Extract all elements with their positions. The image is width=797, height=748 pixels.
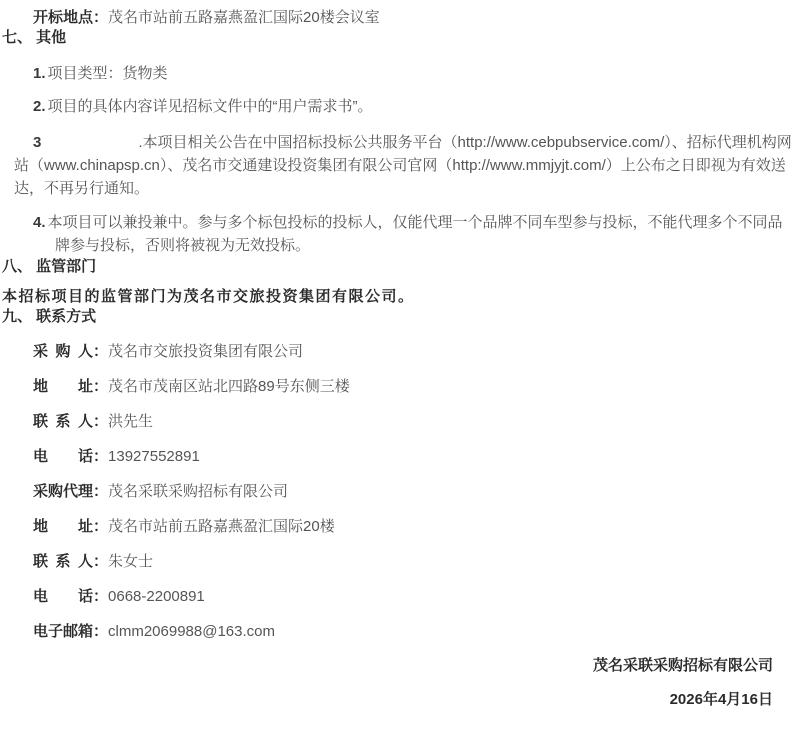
item-4-text: 本项目可以兼投兼中。参与多个标包投标的投标人，仅能代理一个品牌不同车型参与投标，…: [48, 214, 783, 254]
signature-company: 茂名采联采购招标有限公司: [0, 656, 797, 676]
tender-notice-document: 开标地点：茂名市站前五路嘉燕盈汇国际20楼会议室 七、 其他 1.项目类型：货物…: [0, 8, 797, 748]
section-9-heading: 九、 联系方式: [2, 307, 797, 327]
opening-location-value: 茂名市站前五路嘉燕盈汇国际20楼会议室: [108, 9, 380, 26]
contact-label: 电子邮箱: [33, 622, 93, 642]
contact-row-agent-address: 地 址：茂名市站前五路嘉燕盈汇国际20楼: [33, 517, 797, 537]
contact-colon: ：: [93, 343, 108, 360]
item-1-text: 项目类型：货物类: [48, 65, 168, 82]
contact-label: 电 话: [33, 447, 93, 467]
signature-date: 2026年4月16日: [0, 690, 797, 710]
item-4-number: 4.: [33, 214, 46, 231]
contact-label: 地 址: [33, 517, 93, 537]
section-7-item-1: 1.项目类型：货物类: [33, 64, 797, 84]
contact-colon: ：: [93, 588, 108, 605]
opening-location-label: 开标地点：: [33, 9, 108, 26]
contact-row-purchaser: 采 购 人：茂名市交旅投资集团有限公司: [33, 342, 797, 362]
contact-row-purchaser-phone: 电 话：13927552891: [33, 447, 797, 467]
section-7-heading: 七、 其他: [2, 28, 797, 48]
contact-value: 朱女士: [108, 553, 153, 570]
contact-label: 地 址: [33, 377, 93, 397]
contact-value: 茂名市站前五路嘉燕盈汇国际20楼: [108, 518, 335, 535]
contact-row-purchaser-address: 地 址：茂名市茂南区站北四路89号东侧三楼: [33, 377, 797, 397]
contact-row-agent-person: 联 系 人：朱女士: [33, 552, 797, 572]
section-8-body: 本招标项目的监管部门为茂名市交旅投资集团有限公司。: [2, 287, 797, 307]
opening-location-line: 开标地点：茂名市站前五路嘉燕盈汇国际20楼会议室: [33, 8, 797, 28]
item-3-text: .本项目相关公告在中国招标投标公共服务平台（http://www.cebpubs…: [14, 134, 792, 197]
contact-label: 联 系 人: [33, 412, 93, 432]
contact-label: 电 话: [33, 587, 93, 607]
contact-value: clmm2069988@163.com: [108, 623, 275, 640]
contact-colon: ：: [93, 413, 108, 430]
contact-row-agent-email: 电子邮箱：clmm2069988@163.com: [33, 622, 797, 642]
contact-colon: ：: [93, 623, 108, 640]
contact-label: 采 购 人: [33, 342, 93, 362]
item-1-number: 1.: [33, 65, 46, 82]
contact-value: 0668-2200891: [108, 588, 205, 605]
contact-colon: ：: [93, 483, 108, 500]
item-2-text: 项目的具体内容详见招标文件中的“用户需求书”。: [48, 98, 373, 115]
contact-value: 茂名采联采购招标有限公司: [108, 483, 288, 500]
contact-row-purchaser-person: 联 系 人：洪先生: [33, 412, 797, 432]
section-8-heading: 八、 监管部门: [2, 257, 797, 277]
contact-value: 13927552891: [108, 448, 200, 465]
contact-colon: ：: [93, 553, 108, 570]
contact-colon: ：: [93, 378, 108, 395]
contact-row-agent-phone: 电 话：0668-2200891: [33, 587, 797, 607]
contact-colon: ：: [93, 448, 108, 465]
contact-label: 联 系 人: [33, 552, 93, 572]
section-7-item-4: 4.本项目可以兼投兼中。参与多个标包投标的投标人，仅能代理一个品牌不同车型参与投…: [33, 211, 797, 257]
section-7-item-2: 2.项目的具体内容详见招标文件中的“用户需求书”。: [33, 97, 797, 117]
contact-value: 茂名市交旅投资集团有限公司: [108, 343, 303, 360]
contact-value: 洪先生: [108, 413, 153, 430]
item-2-number: 2.: [33, 98, 46, 115]
section-7-item-3: 3.本项目相关公告在中国招标投标公共服务平台（http://www.cebpub…: [14, 131, 797, 200]
contact-value: 茂名市茂南区站北四路89号东侧三楼: [108, 378, 350, 395]
contact-colon: ：: [93, 518, 108, 535]
item-3-number: 3: [33, 134, 41, 151]
contact-label: 采购代理: [33, 482, 93, 502]
contact-row-agent: 采购代理：茂名采联采购招标有限公司: [33, 482, 797, 502]
